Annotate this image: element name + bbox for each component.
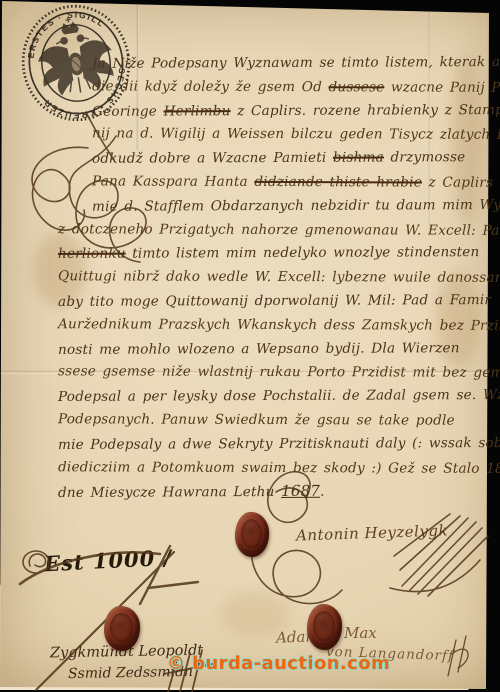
wax-seal-center <box>235 512 269 557</box>
manuscript-line: Pana Kasspara Hanta didziande thiste hra… <box>58 170 488 195</box>
wax-seal-bottom-left <box>104 606 140 651</box>
manuscript-line: nosti me mohlo wlozeno a Wepsano bydij. … <box>58 337 488 363</box>
wax-seal-bottom-right <box>307 604 342 650</box>
manuscript-line: mie Podepsaly a dwe Sekryty Przitisknaut… <box>58 432 488 458</box>
manuscript-line: diedicziim a Potomkuom swaim bez skody :… <box>58 456 488 481</box>
manuscript-line: die dii když doležy že gsem Od dussese w… <box>58 75 488 100</box>
manuscript-line: Auržednikum Prazskych Wkanskych dess Zam… <box>58 313 488 338</box>
manuscript-line: Georinge Herlimbu z Caplirs. rozene hrab… <box>58 99 488 125</box>
manuscript-line: Podepsal a per leysky dose Pochstalii. d… <box>58 384 488 410</box>
manuscript-line: z dotczeneho Przigatych nahorze gmenowan… <box>58 218 488 243</box>
manuscript-line: mie d. Stafflem Obdarzanych nebzidir tu … <box>58 194 488 220</box>
manuscript-line: nij na d. Wigilij a Weissen bilczu geden… <box>58 123 488 148</box>
signature-bottom-right-name2: Max <box>344 624 377 642</box>
manuscript-line: Ja Niže Podepsany Wyznawam se timto list… <box>58 51 488 77</box>
manuscript-line: Quittugi nibrž dako wedle W. Excell: lyb… <box>58 265 488 290</box>
manuscript-line: aby tito moge Quittowanij dporwolanij W.… <box>58 289 488 315</box>
manuscript-line: Podepsanych. Panuw Swiedkum že gsau se t… <box>58 408 488 433</box>
manuscript-line: odkudž dobre a Wzacne Pamieti bishma drz… <box>58 146 488 172</box>
manuscript-text-block: Ja Niže Podepsany Wyznawam se timto list… <box>58 52 488 505</box>
manuscript-line: dne Miesycze Hawrana Lethu 1687. <box>58 479 488 506</box>
manuscript-line: ssese gsemse niže wlastnij rukau Porto P… <box>58 361 488 386</box>
manuscript-line: herlionku timto listem mim nedelyko wnoz… <box>58 241 488 267</box>
auction-watermark: © burda-auction.com <box>167 653 390 674</box>
scanned-document-photo: ERSTES · SIGILL SECHS · KREUZER Ja Niže … <box>0 0 500 692</box>
